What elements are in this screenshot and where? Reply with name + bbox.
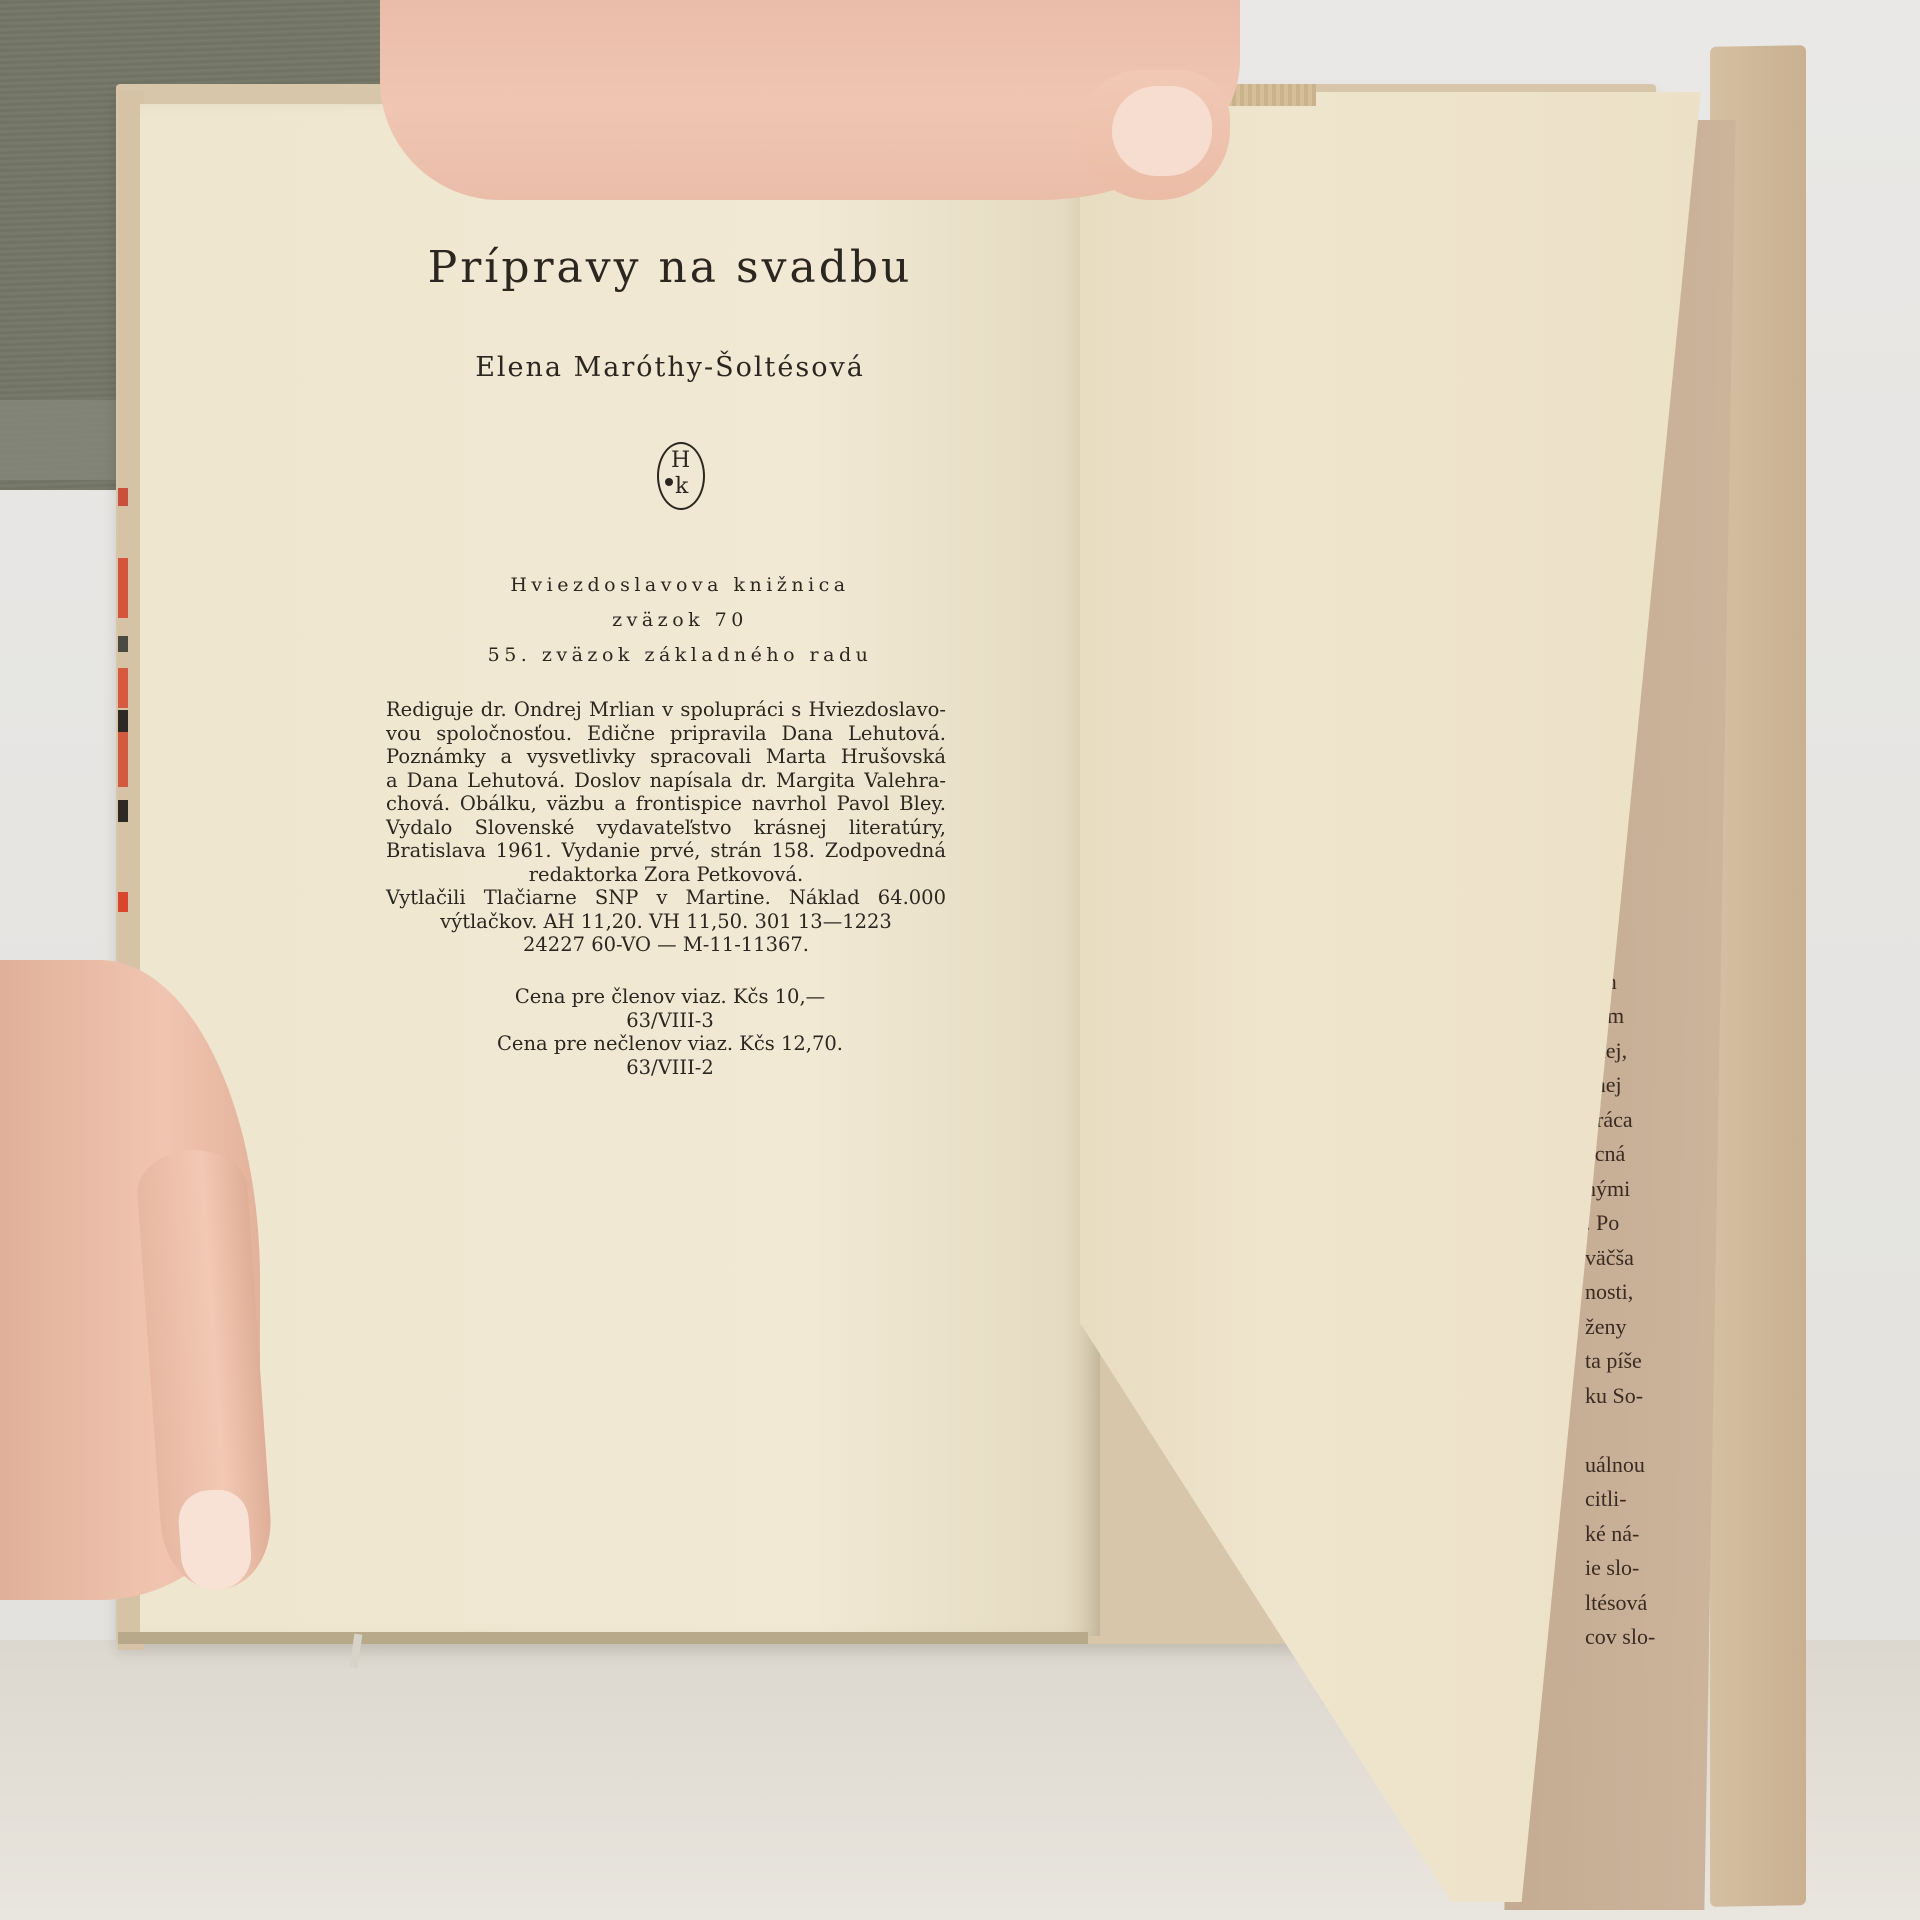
text-fragment: ecná bbox=[1585, 1137, 1725, 1172]
price-code-members: 63/VIII-3 bbox=[440, 1009, 900, 1033]
cover-red-mark bbox=[118, 732, 128, 787]
text-fragment: anej bbox=[1585, 1068, 1725, 1103]
series-name: Hviezdoslavova knižnica bbox=[440, 568, 920, 603]
text-fragment: cov slo- bbox=[1585, 1620, 1725, 1655]
text-fragment: ké ná- bbox=[1585, 1517, 1725, 1552]
text-fragment: ltésová bbox=[1585, 1586, 1725, 1621]
cover-dark-mark bbox=[118, 800, 128, 822]
cover-dark-mark bbox=[118, 710, 128, 732]
text-fragment: väčša bbox=[1585, 1241, 1725, 1276]
price-members: Cena pre členov viaz. Kčs 10,— bbox=[440, 985, 900, 1009]
cover-dark-mark bbox=[118, 636, 128, 652]
thumbnail-top bbox=[1112, 86, 1212, 176]
text-fragment: nosti, bbox=[1585, 1275, 1725, 1310]
cover-red-mark bbox=[118, 488, 128, 506]
logo-dot bbox=[665, 478, 673, 486]
text-fragment bbox=[1585, 1413, 1725, 1448]
text-fragment: ie slo- bbox=[1585, 1551, 1725, 1586]
series-volume: zväzok 70 bbox=[440, 603, 920, 638]
price-nonmembers: Cena pre nečlenov viaz. Kčs 12,70. bbox=[440, 1032, 900, 1056]
imprint-line: Poznámky a vysvetlivky spracovali Marta … bbox=[386, 745, 946, 769]
imprint-line: a Dana Lehutová. Doslov napísala dr. Mar… bbox=[386, 769, 946, 793]
imprint-block: Rediguje dr. Ondrej Mrlian v spolupráci … bbox=[386, 698, 946, 957]
hk-monogram-oval-icon: H k bbox=[657, 442, 705, 510]
cover-red-mark bbox=[118, 558, 128, 618]
cover-red-mark bbox=[118, 892, 128, 912]
text-fragment: ženy bbox=[1585, 1310, 1725, 1345]
text-fragment: práca bbox=[1585, 1103, 1725, 1138]
imprint-line: Rediguje dr. Ondrej Mrlian v spolupráci … bbox=[386, 698, 946, 722]
series-info: Hviezdoslavova knižnica zväzok 70 55. zv… bbox=[440, 568, 920, 673]
logo-letter-h: H bbox=[671, 448, 690, 473]
text-fragment: citli- bbox=[1585, 1482, 1725, 1517]
text-fragment: . Po bbox=[1585, 1206, 1725, 1241]
price-code-nonmembers: 63/VIII-2 bbox=[440, 1056, 900, 1080]
text-fragment: nými bbox=[1585, 1172, 1725, 1207]
photo-scene: j-i-t-i-lyneár-lo- ve-nánnýmckej,anejprá… bbox=[0, 0, 1920, 1920]
series-base-volume: 55. zväzok základného radu bbox=[440, 638, 920, 673]
imprint-line: vou spoločnosťou. Edične pripravila Dana… bbox=[386, 722, 946, 746]
imprint-line: redaktorka Zora Petkovová. bbox=[386, 863, 946, 887]
book-author: Elena Maróthy-Šoltésová bbox=[420, 352, 920, 383]
thumbnail-left bbox=[177, 1488, 254, 1593]
imprint-line: Vydalo Slovenské vydavateľstvo krásnej l… bbox=[386, 816, 946, 840]
book-title: Prípravy na svadbu bbox=[400, 242, 940, 293]
imprint-line: Bratislava 1961. Vydanie prvé, strán 158… bbox=[386, 839, 946, 863]
text-fragment: uálnou bbox=[1585, 1448, 1725, 1483]
price-block: Cena pre členov viaz. Kčs 10,— 63/VIII-3… bbox=[440, 985, 900, 1079]
text-fragment: ta píše bbox=[1585, 1344, 1725, 1379]
cover-red-mark bbox=[118, 668, 128, 708]
imprint-line: Vytlačili Tlačiarne SNP v Martine. Nákla… bbox=[386, 886, 946, 910]
book-bottom-edge bbox=[118, 1632, 1088, 1644]
imprint-line: chová. Obálku, väzbu a frontispice navrh… bbox=[386, 792, 946, 816]
text-fragment: ku So- bbox=[1585, 1379, 1725, 1414]
imprint-line: 24227 60-VO — M-11-11367. bbox=[386, 933, 946, 957]
logo-letter-k: k bbox=[675, 474, 688, 499]
imprint-line: výtlačkov. AH 11,20. VH 11,50. 301 13—12… bbox=[386, 910, 946, 934]
